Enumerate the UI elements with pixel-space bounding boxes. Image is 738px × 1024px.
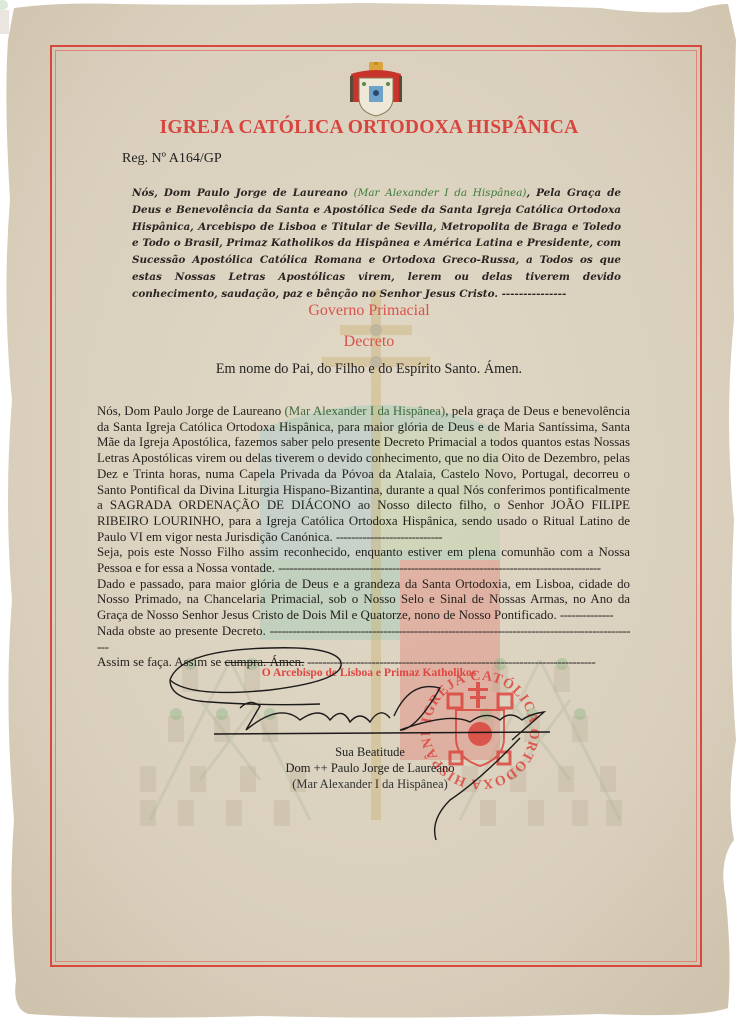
dash-filler: ----------------------------------------… [278, 561, 600, 575]
signatory-name: Dom ++ Paulo Jorge de Laureano [220, 760, 520, 776]
registration-number: Reg. Nº A164/GP [122, 151, 222, 167]
regnal-name: (Mar Alexander I da Hispânea) [354, 187, 527, 199]
text: Nós, Dom Paulo Jorge de Laureano [97, 404, 285, 418]
invocation: Em nome do Pai, do Filho e do Espírito S… [0, 361, 738, 378]
preamble: Nós, Dom Paulo Jorge de Laureano (Mar Al… [132, 185, 621, 303]
heading-decree: Decreto [0, 333, 738, 351]
text: Nada obste ao presente Decreto. [97, 624, 270, 638]
coat-of-arms-icon [347, 62, 405, 118]
signatory-regnal-name: (Mar Alexander I da Hispânea) [220, 776, 520, 792]
signatory-block: Sua Beatitude Dom ++ Paulo Jorge de Laur… [220, 744, 520, 792]
decree-paragraph-1: Nós, Dom Paulo Jorge de Laureano (Mar Al… [97, 404, 630, 545]
decree-paragraph-2: Seja, pois este Nosso Filho assim reconh… [97, 545, 630, 576]
dash-filler: ---------------------------- [336, 530, 442, 544]
text: , pela graça de Deus e benevolência da S… [97, 404, 630, 544]
text: Dado e passado, para maior glória de Deu… [97, 577, 630, 622]
decree-body: Nós, Dom Paulo Jorge de Laureano (Mar Al… [97, 404, 630, 671]
decree-paragraph-3: Dado e passado, para maior glória de Deu… [97, 577, 630, 624]
preamble-text-cont: , Pela Graça de Deus e Benevolência da S… [132, 187, 621, 300]
signatory-honorific: Sua Beatitude [220, 744, 520, 760]
heading-government: Governo Primacial [0, 302, 738, 320]
dash-filler: -------------- [560, 608, 613, 622]
regnal-name: (Mar Alexander I da Hispânea) [285, 404, 446, 418]
preamble-text: Nós, Dom Paulo Jorge de Laureano [132, 187, 354, 199]
organization-title: IGREJA CATÓLICA ORTODOXA HISPÂNICA [0, 117, 738, 139]
